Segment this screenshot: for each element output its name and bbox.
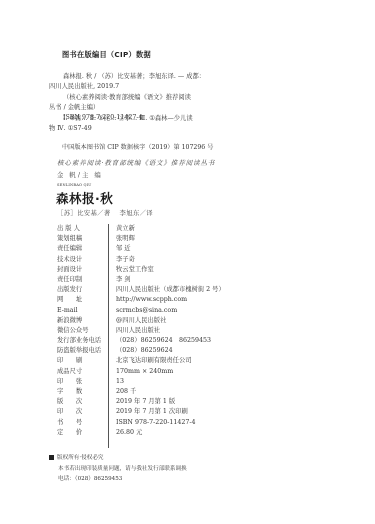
info-value: 四川人民出版社（成都市槐树街 2 号）: [116, 285, 225, 295]
info-value: 208 千: [116, 387, 136, 397]
info-label: 封面设计: [57, 265, 107, 275]
info-value: 黄立新: [116, 224, 135, 234]
cip-classification: Ⅰ. ①森… Ⅱ. ①比… ②李… Ⅲ. ①森林—少儿读 物 Ⅳ. ①S7-49: [49, 114, 193, 135]
info-label: 版 次: [57, 397, 107, 407]
cip-line: 四川人民出版社, 2019.7: [49, 82, 217, 92]
info-value: （028）86259624: [116, 346, 173, 356]
info-value: 170mm × 240mm: [116, 367, 173, 377]
info-label: 责任编辑: [57, 244, 107, 254]
info-label: 书 号: [57, 418, 107, 428]
info-label: 印 张: [57, 377, 107, 387]
author-credits: ［苏］比安基／著李旭东／译: [57, 208, 153, 217]
info-value: 李 剑: [116, 275, 131, 285]
info-value: 北京飞达印刷有限责任公司: [116, 356, 192, 366]
website-link[interactable]: http://www.scpph.com: [116, 295, 187, 305]
info-label: 出版发行: [57, 285, 107, 295]
info-value: 张明辉: [116, 234, 135, 244]
info-label: 印 刷: [57, 356, 107, 366]
info-value: @四川人民出版社: [116, 316, 166, 326]
info-value: 邹 近: [116, 244, 131, 254]
column-divider: [108, 224, 109, 448]
info-label: 字 数: [57, 387, 107, 397]
copyright-notice: 版权所有·侵权必究: [57, 455, 104, 461]
quality-notice: 本书若出现印装质量问题，请与我社发行部联系调换: [49, 464, 187, 475]
cip-line: （核心素养阅读·教育部统编《语文》推荐阅读: [49, 93, 217, 103]
info-label: 微信公众号: [57, 326, 107, 336]
info-label: 网 址: [57, 295, 107, 305]
info-label: 防盗版举报电话: [57, 346, 107, 356]
square-bullet-icon: [49, 455, 54, 460]
info-label: 技术设计: [57, 255, 107, 265]
info-value: 牧云堂工作室: [116, 265, 154, 275]
cip-record-number: 中国版本图书馆 CIP 数据核字（2019）第 107296 号: [62, 142, 213, 151]
title-pinyin: SENLINBAO QIU: [57, 183, 92, 187]
author: ［苏］比安基／著: [57, 209, 111, 217]
info-label: 新浪微博: [57, 316, 107, 326]
translator: 李旭东／译: [120, 209, 153, 217]
info-value: 26.80 元: [116, 428, 142, 438]
info-label: 出 版 人: [57, 224, 107, 234]
info-label: 定 价: [57, 428, 107, 438]
classification-line: 物 Ⅳ. ①S7-49: [49, 124, 193, 134]
info-label: 印 次: [57, 407, 107, 417]
info-value: 13: [116, 377, 124, 387]
info-value: （028）86259624 86259453: [116, 336, 211, 346]
info-label: 成品尺寸: [57, 367, 107, 377]
cip-line: 森林报. 秋 / （苏）比安基著；李旭东译. — 成都：: [49, 72, 217, 82]
info-value: 四川人民出版社: [116, 326, 160, 336]
contact-phone: 电话：（028）86259453: [49, 474, 187, 485]
series-title: 核心素养阅读·教育部统编《语文》推荐阅读丛书: [57, 157, 215, 167]
classification-line: Ⅰ. ①森… Ⅱ. ①比… ②李… Ⅲ. ①森林—少儿读: [49, 114, 193, 124]
info-label: 责任印制: [57, 275, 107, 285]
info-value: 2019 年 7 月第 1 版: [116, 397, 175, 407]
info-label: E-mail: [57, 306, 107, 316]
info-value: ISBN 978-7-220-11427-4: [116, 418, 196, 428]
cip-line: 丛书 / 金帆主编）: [49, 103, 217, 113]
cip-heading: 图书在版编目（CIP）数据: [62, 50, 151, 60]
email-link[interactable]: scrmcbs@sina.com: [116, 306, 177, 316]
info-value: 2019 年 7 月第 1 次印刷: [116, 407, 188, 417]
book-title: 森林报·秋: [56, 189, 113, 207]
info-value: 李子奇: [116, 255, 135, 265]
info-label: 发行部业务电话: [57, 336, 107, 346]
info-label: 策划组稿: [57, 234, 107, 244]
chief-editor: 金 帆/主 编: [57, 170, 103, 179]
copyright-footer: 版权所有·侵权必究 本书若出现印装质量问题，请与我社发行部联系调换 电话：（02…: [49, 453, 187, 485]
